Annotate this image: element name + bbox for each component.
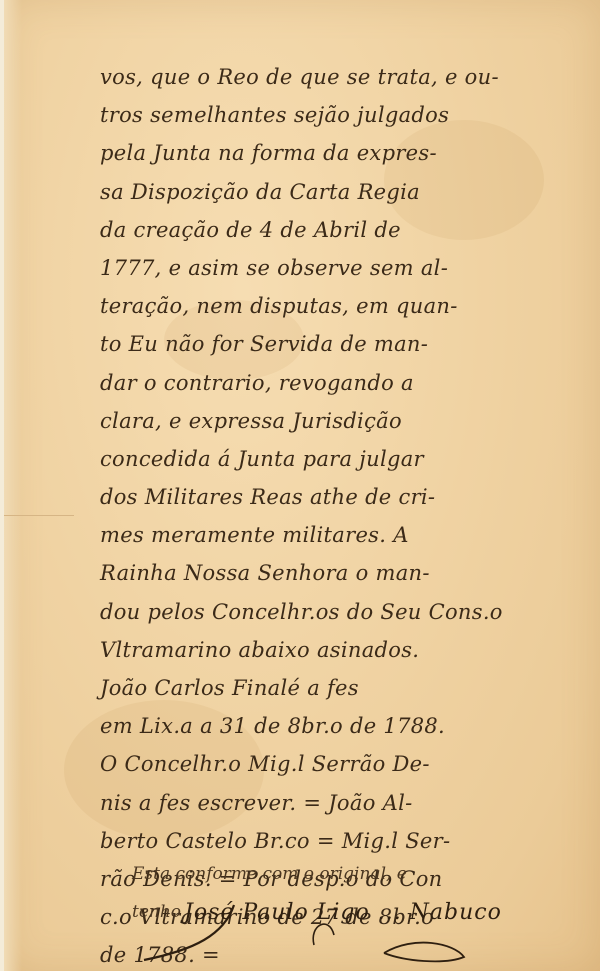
text-line: teração, nem disputas, em quan-: [100, 287, 500, 325]
text-line: nis a fes escrever. = João Al-: [100, 784, 500, 822]
signature: José Paulo Ligo ... Nabuco: [184, 900, 502, 925]
text-line: Rainha Nossa Senhora o man-: [100, 554, 500, 592]
text-line: da creação de 4 de Abril de: [100, 211, 500, 249]
text-line: mes meramente militares. A: [100, 516, 500, 554]
text-line: João Carlos Finalé a fes: [100, 669, 500, 707]
text-line: sa Dispozição da Carta Regia: [100, 173, 500, 211]
paper-tear: [4, 515, 74, 519]
text-line: concedida á Junta para julgar: [100, 440, 500, 478]
text-line: 1777, e asim se observe sem al-: [100, 249, 500, 287]
text-line: O Concelhr.o Mig.l Serrão De-: [100, 745, 500, 783]
closing-line: Esta conforme com o original, e: [132, 855, 407, 893]
handwritten-text: vos, que o Reo de que se trata, e ou- tr…: [100, 58, 500, 971]
text-line: Vltramarino abaixo asinados.: [100, 631, 500, 669]
text-line: dos Militares Reas athe de cri-: [100, 478, 500, 516]
text-line: to Eu não for Servida de man-: [100, 325, 500, 363]
text-line: dar o contrario, revogando a: [100, 364, 500, 402]
text-line: pela Junta na forma da expres-: [100, 134, 500, 172]
text-line: tros semelhantes sejão julgados: [100, 96, 500, 134]
text-line: em Lix.a a 31 de 8br.o de 1788.: [100, 707, 500, 745]
text-line: clara, e expressa Jurisdição: [100, 402, 500, 440]
manuscript-page: vos, que o Reo de que se trata, e ou- tr…: [4, 0, 600, 971]
text-line: vos, que o Reo de que se trata, e ou-: [100, 58, 500, 96]
text-line: dou pelos Concelhr.os do Seu Cons.o: [100, 593, 500, 631]
